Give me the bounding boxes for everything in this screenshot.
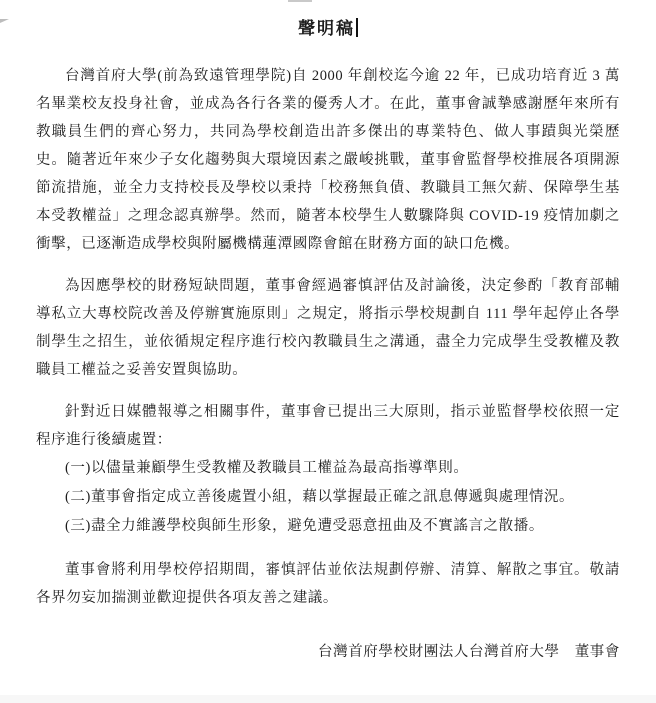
cropped-edge-artifact: [288, 0, 312, 2]
principles-list: (一)以儘量兼顧學生受教權及教職員工權益為最高指導準則。 (二)董事會指定成立善…: [36, 454, 620, 541]
bottom-edge-strip: [0, 695, 656, 703]
paragraph-principles-intro: 針對近日媒體報導之相關事件，董事會已提出三大原則，指示並監督學校依照一定程序進行…: [36, 398, 620, 454]
list-item-principle-1: (一)以儘量兼顧學生受教權及教職員工權益為最高指導準則。: [36, 454, 620, 483]
stray-cursor-mark: [0, 19, 9, 23]
paragraph-closing: 董事會將利用學校停招期間，審慎評估並依法規劃停辦、清算、解散之事宜。敬請各界勿妄…: [36, 556, 620, 612]
text-cursor: [356, 18, 358, 37]
paragraph-intro: 台灣首府大學(前為致遠管理學院)自 2000 年創校迄今逾 22 年，已成功培育…: [36, 62, 620, 258]
title-row: 聲明稿: [36, 16, 620, 42]
paragraph-financial-decision: 為因應學校的財務短缺問題，董事會經過審慎評估及討論後，決定參酌「教育部輔導私立大…: [36, 272, 620, 384]
document-body: 聲明稿 台灣首府大學(前為致遠管理學院)自 2000 年創校迄今逾 22 年，已…: [0, 0, 656, 666]
statement-document: 聲明稿 台灣首府大學(前為致遠管理學院)自 2000 年創校迄今逾 22 年，已…: [0, 0, 656, 703]
list-item-principle-2: (二)董事會指定成立善後處置小組，藉以掌握最正確之訊息傳遞與處理情況。: [36, 483, 620, 512]
signature-line: 台灣首府學校財團法人台灣首府大學 董事會: [36, 638, 620, 666]
list-item-principle-3: (三)盡全力維護學校與師生形象，避免遭受惡意扭曲及不實謠言之散播。: [36, 512, 620, 541]
page-title: 聲明稿: [298, 16, 355, 42]
